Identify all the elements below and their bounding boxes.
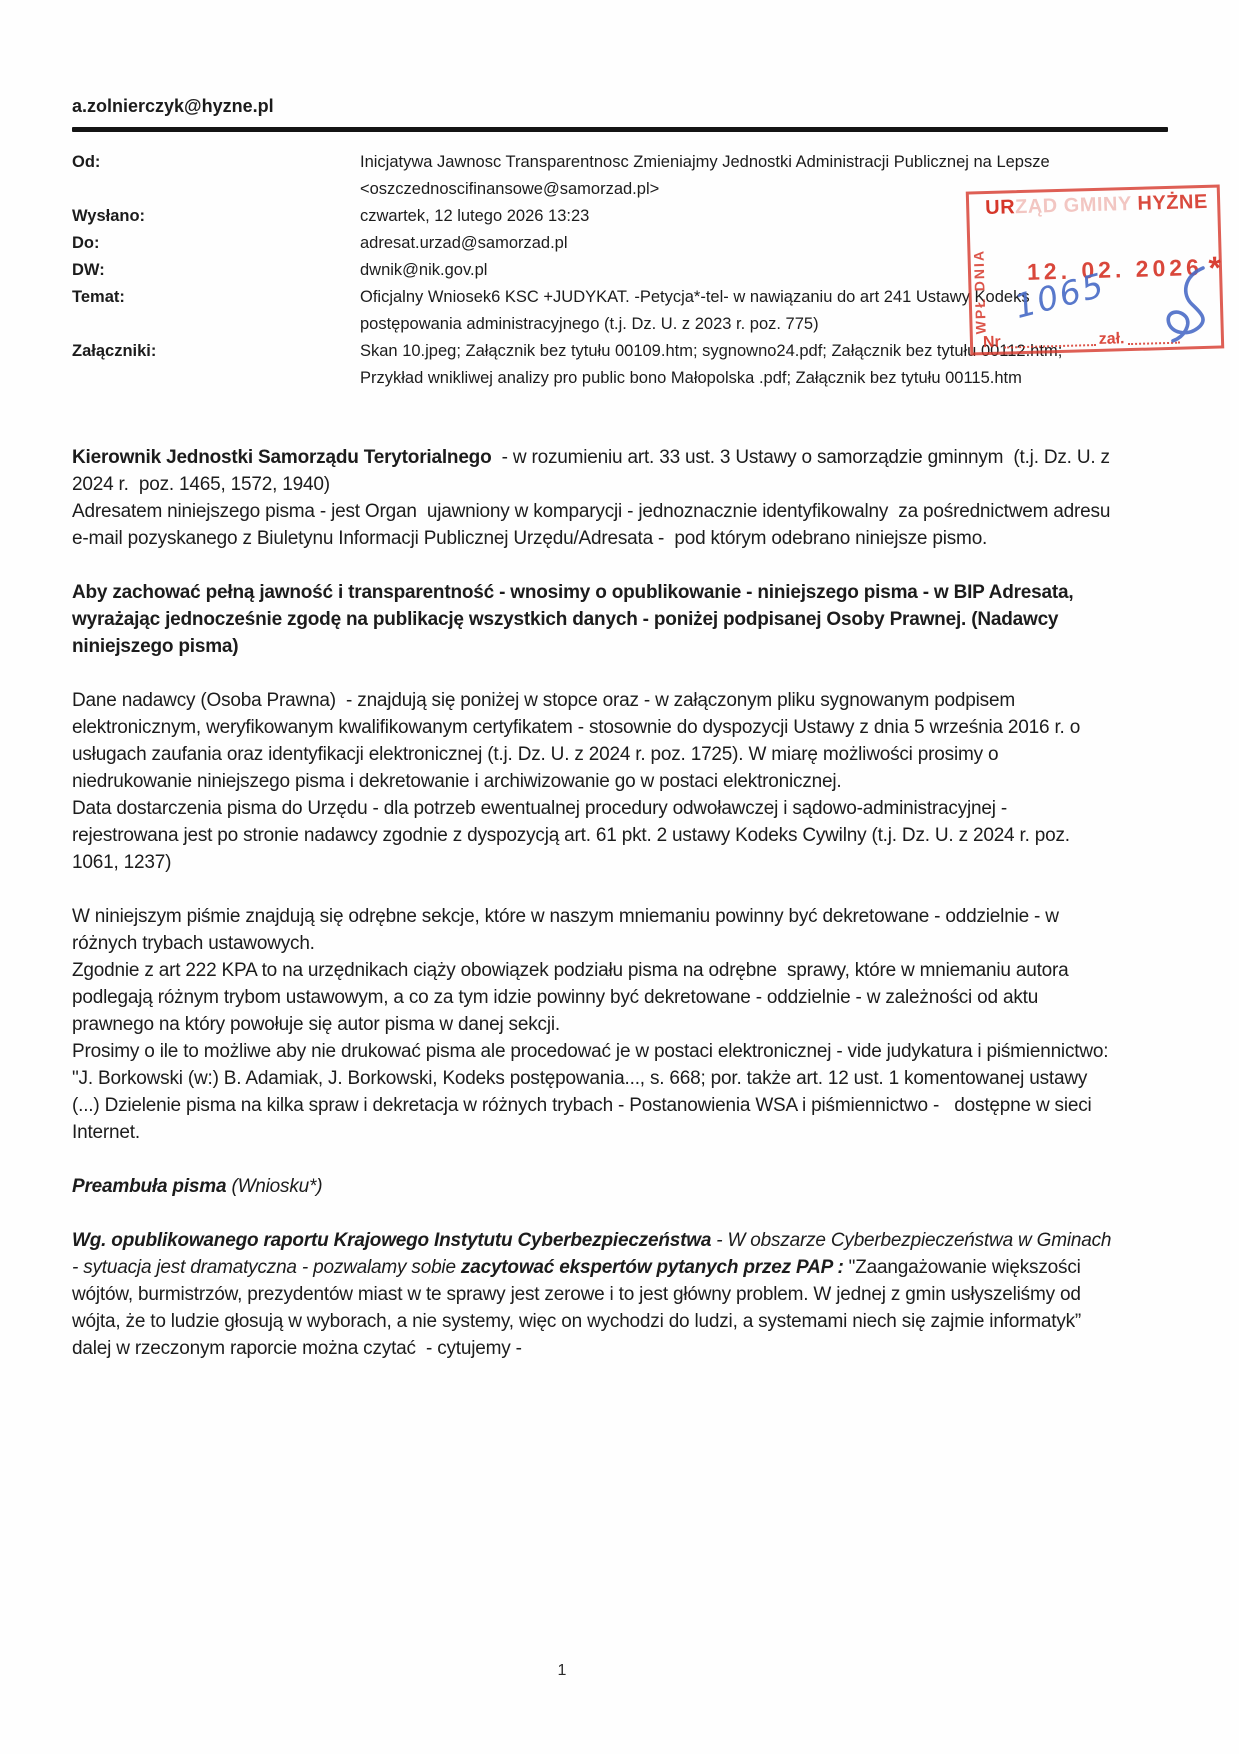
- meta-label-do: Do:: [72, 230, 360, 257]
- meta-value-do: adresat.urzad@samorzad.pl: [360, 230, 1070, 257]
- meta-label-wyslano: Wysłano:: [72, 203, 360, 230]
- text-run: Aby zachować pełną jawność i transparent…: [72, 582, 1079, 657]
- stamp-office-part1: UR: [985, 196, 1015, 219]
- text-run: W niniejszym piśmie znajdują się odrębne…: [72, 906, 1124, 1143]
- stamp-nr-label: Nr: [983, 334, 1001, 352]
- stamp-dotted-leader: [1004, 334, 1096, 349]
- meta-value-temat: Oficjalny Wniosek6 KSC +JUDYKAT. -Petycj…: [360, 284, 1070, 338]
- meta-value-wyslano: czwartek, 12 lutego 2026 13:23: [360, 203, 1070, 230]
- meta-label-od: Od:: [72, 149, 360, 203]
- stamp-office-name: URZĄD GMINY HYŻNE: [985, 191, 1216, 220]
- meta-value-od: Inicjatywa Jawnosc Transparentnosc Zmien…: [360, 149, 1070, 203]
- stamp-zal-label: zał.: [1098, 330, 1124, 349]
- letter-body: Kierownik Jednostki Samorządu Terytorial…: [72, 444, 1118, 1389]
- text-run: (Wniosku*): [231, 1176, 322, 1197]
- text-run: Preambuła pisma: [72, 1176, 231, 1197]
- body-paragraph: Kierownik Jednostki Samorządu Terytorial…: [72, 444, 1118, 552]
- account-email-header: a.zolnierczyk@hyzne.pl: [72, 96, 274, 117]
- text-run: Wg. opublikowanego raportu Krajowego Ins…: [72, 1230, 711, 1251]
- text-run: zacytować ekspertów pytanych przez PAP :: [461, 1257, 849, 1278]
- body-paragraph: Preambuła pisma (Wniosku*): [72, 1173, 1118, 1200]
- handwritten-signature-icon: [1157, 264, 1215, 346]
- stamp-received-label: WPŁ DNIA: [969, 212, 988, 334]
- meta-value-dw: dwnik@nik.gov.pl: [360, 257, 1070, 284]
- stamp-office-part2: ZĄD GMINY: [1015, 193, 1132, 218]
- scanned-email-page: a.zolnierczyk@hyzne.pl Od: Inicjatywa Ja…: [0, 0, 1239, 1754]
- body-paragraph: W niniejszym piśmie znajdują się odrębne…: [72, 903, 1118, 1146]
- receipt-stamp: URZĄD GMINY HYŻNE WPŁ DNIA 12. 02. 2026 …: [966, 184, 1224, 355]
- text-run: Dane nadawcy (Osoba Prawna) - znajdują s…: [72, 690, 1085, 873]
- text-run: Kierownik Jednostki Samorządu Terytorial…: [72, 447, 497, 468]
- page-number: 1: [72, 1662, 1052, 1680]
- meta-value-zalaczniki: Skan 10.jpeg; Załącznik bez tytułu 00109…: [360, 338, 1070, 392]
- handwritten-register-number: 1065: [1010, 265, 1109, 326]
- stamp-office-part3: HYŻNE: [1131, 191, 1208, 215]
- meta-label-dw: DW:: [72, 257, 360, 284]
- body-paragraph: Dane nadawcy (Osoba Prawna) - znajdują s…: [72, 687, 1118, 876]
- header-rule: [72, 127, 1168, 132]
- body-paragraph: Wg. opublikowanego raportu Krajowego Ins…: [72, 1227, 1118, 1362]
- meta-label-temat: Temat:: [72, 284, 360, 338]
- meta-label-zalaczniki: Załączniki:: [72, 338, 360, 392]
- body-paragraph: Aby zachować pełną jawność i transparent…: [72, 579, 1118, 660]
